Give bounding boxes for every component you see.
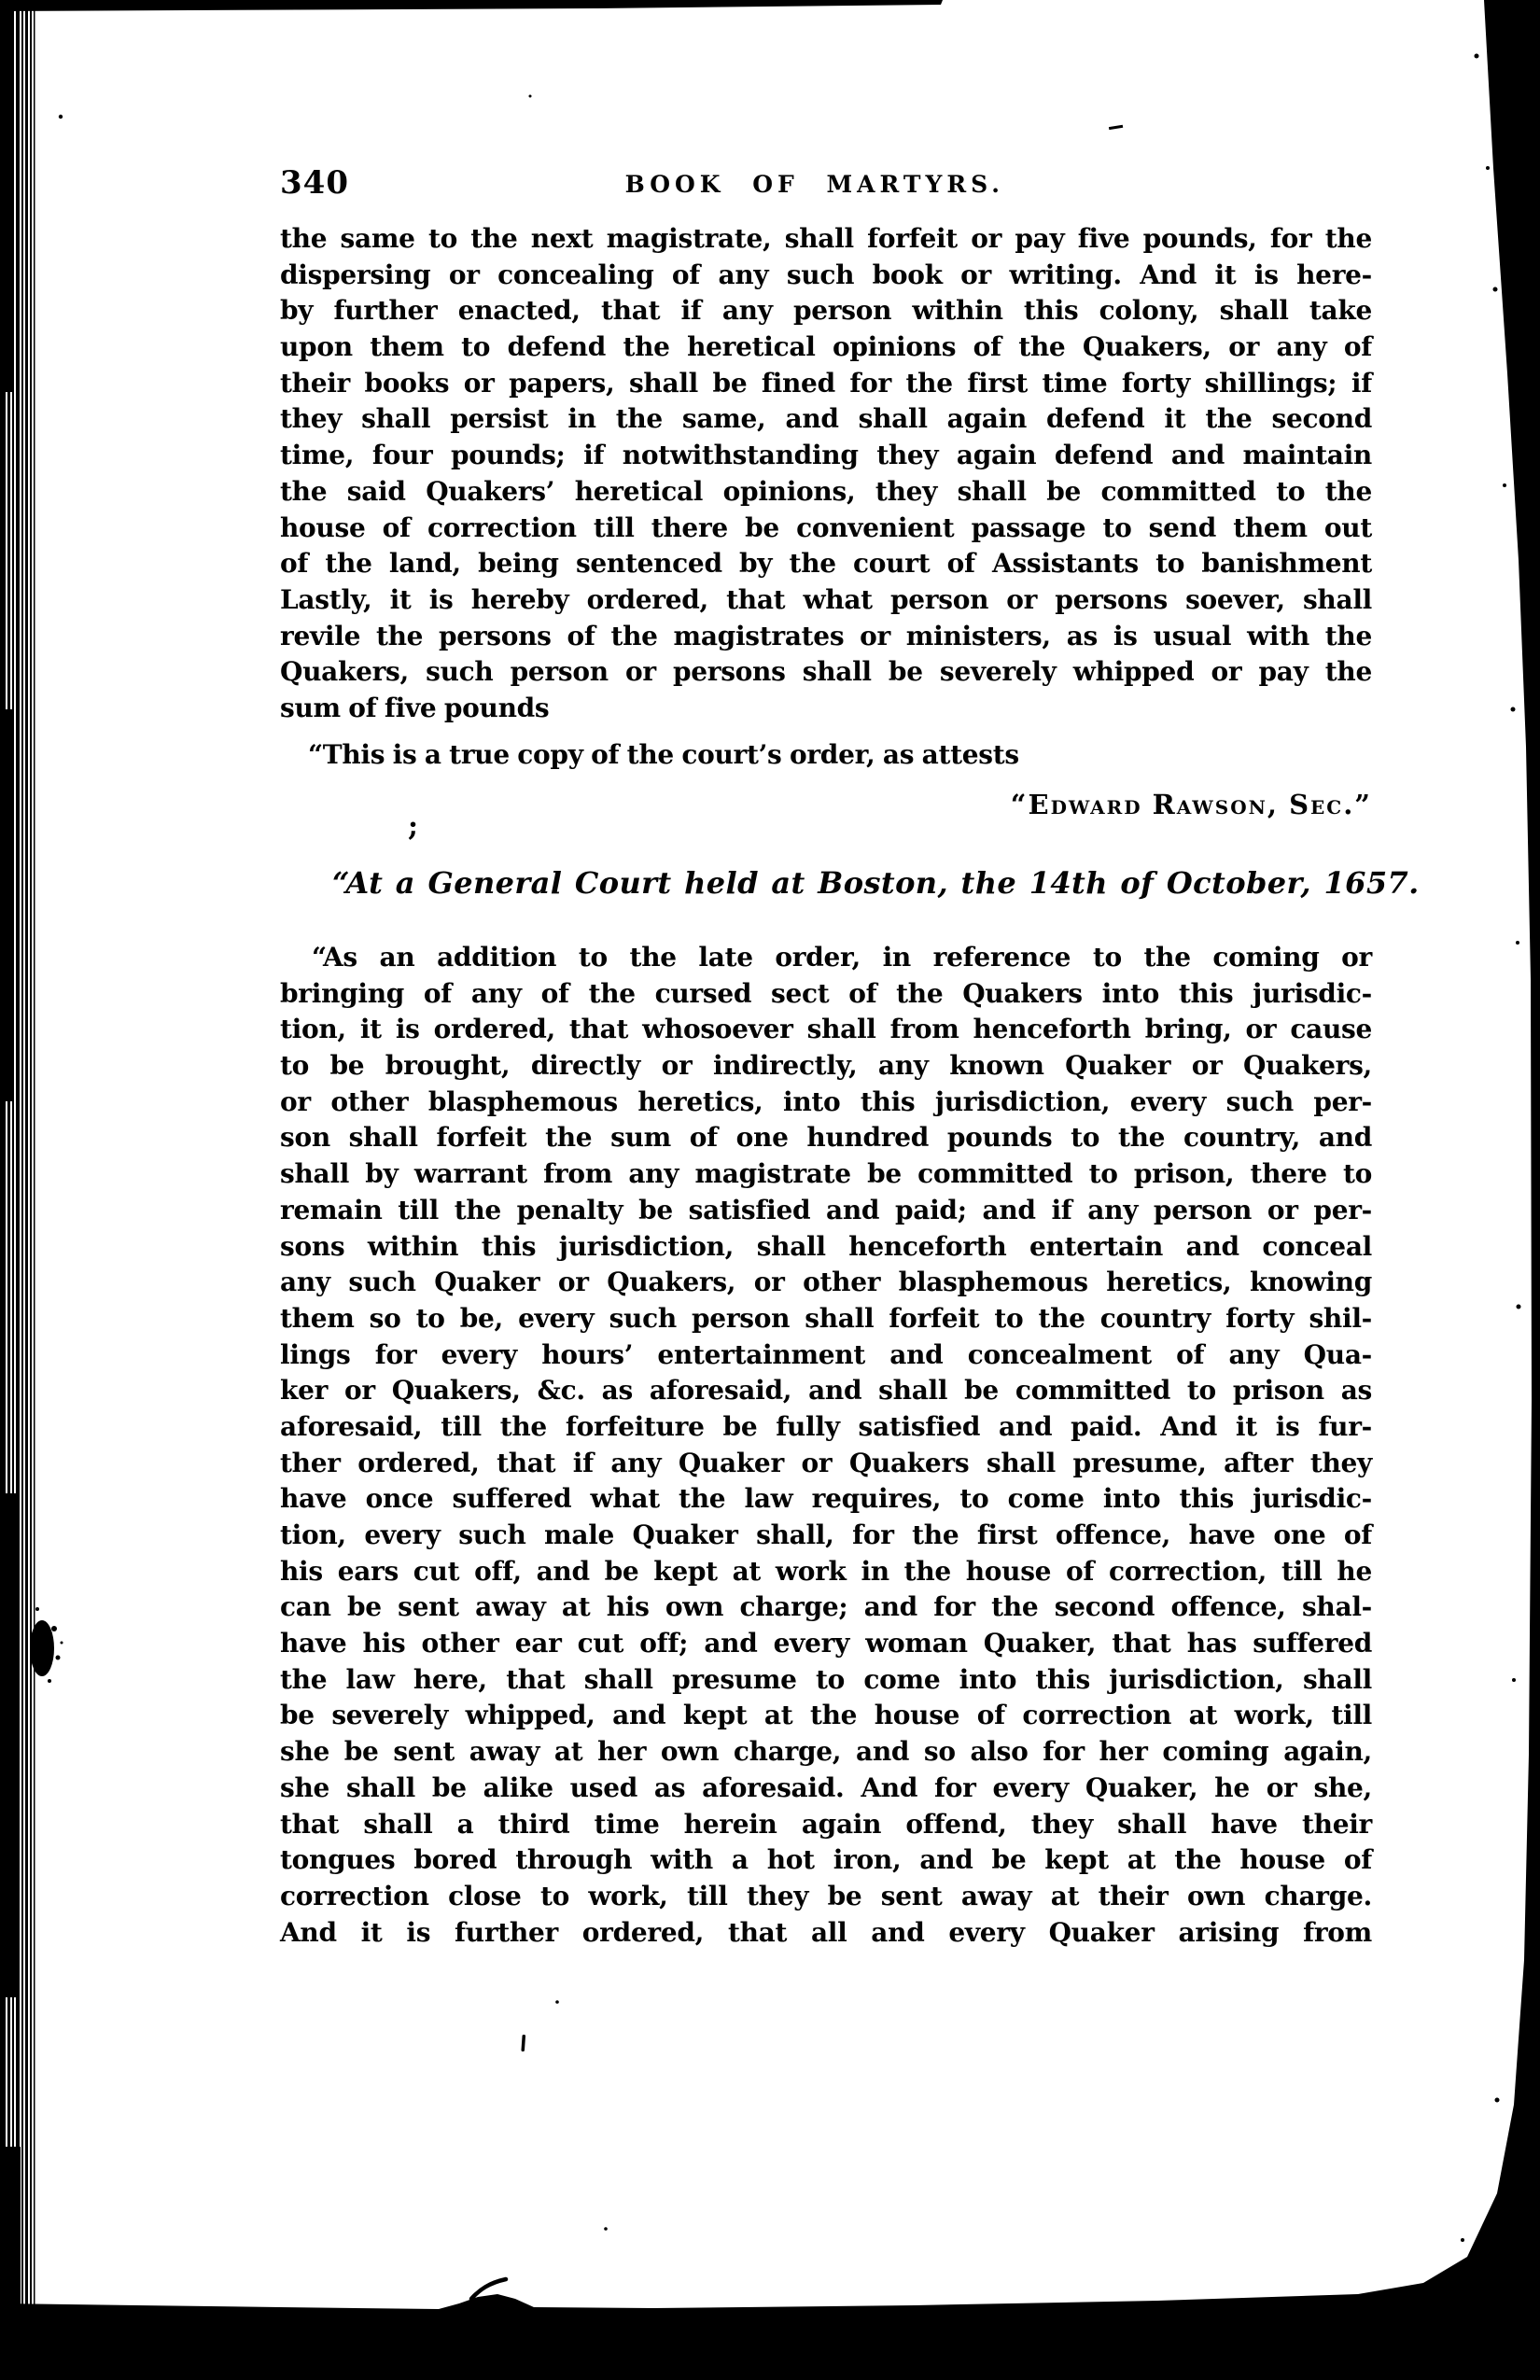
text-line: And it is further ordered, that all and … — [280, 1915, 1372, 1952]
text-line: correction close to work, till they be s… — [280, 1879, 1372, 1915]
text-line: “As an addition to the late order, in re… — [280, 940, 1372, 976]
running-title: BOOK OF MARTYRS. — [625, 171, 1004, 198]
paragraph-addition-order: “As an addition to the late order, in re… — [280, 940, 1372, 1951]
text-line: house of correction till there be conven… — [280, 511, 1372, 547]
text-line: ther ordered, that if any Quaker or Quak… — [280, 1446, 1372, 1482]
book-page-scan: ; 340 BOOK OF MARTYRS. the same to the n… — [0, 0, 1540, 2380]
text-line: that shall a third time herein again off… — [280, 1807, 1372, 1843]
section-heading: “At a General Court held at Boston, the … — [280, 865, 1372, 902]
text-line: by further enacted, that if any person w… — [280, 293, 1372, 329]
text-line: aforesaid, till the forfeiture be fully … — [280, 1409, 1372, 1446]
signature-line: “Edward Rawson, Sec.” — [280, 787, 1372, 823]
page-header: 340 BOOK OF MARTYRS. — [280, 164, 1372, 205]
text-line: the law here, that shall presume to come… — [280, 1662, 1372, 1699]
page-number: 340 — [280, 164, 349, 202]
attestation-line: “This is a true copy of the court’s orde… — [280, 737, 1372, 774]
text-line: tion, every such male Quaker shall, for … — [280, 1518, 1372, 1554]
text-line: Lastly, it is hereby ordered, that what … — [280, 582, 1372, 619]
page-top-edge — [0, 0, 943, 11]
text-line: upon them to defend the heretical opinio… — [280, 329, 1372, 366]
text-line: tion, it is ordered, that whosoever shal… — [280, 1012, 1372, 1048]
text-line: revile the persons of the magistrates or… — [280, 619, 1372, 655]
text-line: his ears cut off, and be kept at work in… — [280, 1554, 1372, 1590]
text-line: lings for every hours’ entertainment and… — [280, 1337, 1372, 1374]
text-line: tongues bored through with a hot iron, a… — [280, 1842, 1372, 1879]
signature-text: “Edward Rawson, Sec.” — [280, 787, 1372, 823]
text-line: to be brought, directly or indirectly, a… — [280, 1048, 1372, 1085]
text-line: she shall be alike used as aforesaid. An… — [280, 1771, 1372, 1807]
text-line: “This is a true copy of the court’s orde… — [280, 737, 1372, 774]
text-line: any such Quaker or Quakers, or other bla… — [280, 1265, 1372, 1301]
text-line: the same to the next magistrate, shall f… — [280, 221, 1372, 258]
text-line: be severely whipped, and kept at the hou… — [280, 1698, 1372, 1734]
text-line: sons within this jurisdiction, shall hen… — [280, 1229, 1372, 1266]
text-line: have his other ear cut off; and every wo… — [280, 1626, 1372, 1662]
text-line: son shall forfeit the sum of one hundred… — [280, 1120, 1372, 1156]
text-line: time, four pounds; if notwithstanding th… — [280, 438, 1372, 474]
text-line: can be sent away at his own charge; and … — [280, 1589, 1372, 1626]
text-line: dispersing or concealing of any such boo… — [280, 258, 1372, 294]
text-line: remain till the penalty be satisfied and… — [280, 1193, 1372, 1229]
text-line: bringing of any of the cursed sect of th… — [280, 976, 1372, 1013]
binding-edge-stripes — [0, 0, 35, 2380]
text-line: have once suffered what the law requires… — [280, 1481, 1372, 1518]
text-line: they shall persist in the same, and shal… — [280, 401, 1372, 438]
text-line: the said Quakers’ heretical opinions, th… — [280, 474, 1372, 511]
text-line: ker or Quakers, &c. as aforesaid, and sh… — [280, 1373, 1372, 1409]
section-heading-text: “At a General Court held at Boston, the … — [280, 865, 1372, 902]
text-line: of the land, being sentenced by the cour… — [280, 546, 1372, 582]
text-line: shall by warrant from any magistrate be … — [280, 1156, 1372, 1193]
text-line: them so to be, every such person shall f… — [280, 1301, 1372, 1337]
text-line: Quakers, such person or persons shall be… — [280, 654, 1372, 691]
paragraph-court-order: the same to the next magistrate, shall f… — [280, 221, 1372, 727]
text-line: their books or papers, shall be fined fo… — [280, 366, 1372, 402]
text-line: sum of five pounds — [280, 691, 1372, 727]
text-line: or other blasphemous heretics, into this… — [280, 1085, 1372, 1121]
text-line: she be sent away at her own charge, and … — [280, 1734, 1372, 1771]
